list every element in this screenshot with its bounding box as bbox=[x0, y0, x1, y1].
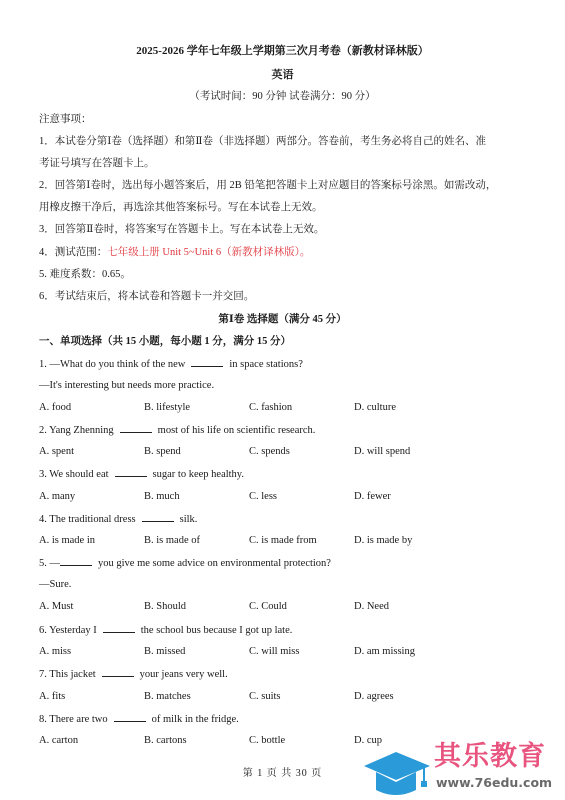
option-a: A. carton bbox=[39, 734, 78, 748]
answer-blank bbox=[142, 512, 174, 522]
option-c: C. spends bbox=[249, 445, 290, 459]
option-d: D. culture bbox=[354, 401, 396, 415]
question-4: 4. The traditional dresssilk. bbox=[39, 512, 197, 527]
option-a: A. food bbox=[39, 401, 71, 415]
option-b: B. is made of bbox=[144, 534, 200, 548]
note-2-line1: 2．回答第Ⅰ卷时，选出每小题答案后，用 2B 铅笔把答题卡上对应题目的答案标号涂… bbox=[39, 179, 496, 193]
watermark-brand-name: 其乐教育 bbox=[434, 740, 546, 774]
answer-blank bbox=[102, 667, 134, 677]
answer-blank bbox=[60, 556, 92, 566]
exam-page: 2025-2026 学年七年级上学期第三次月考卷（新教材译林版） 英语 （考试时… bbox=[0, 0, 565, 800]
question-5-reply: —Sure. bbox=[39, 578, 71, 592]
note-4: 4．测试范围：七年级上册 Unit 5~Unit 6（新教材译林版）。 bbox=[39, 246, 310, 260]
exam-info: （考试时间：90 分钟 试卷满分：90 分） bbox=[0, 90, 565, 104]
note-1-line2: 考证号填写在答题卡上。 bbox=[39, 157, 155, 171]
option-b: B. Should bbox=[144, 600, 186, 614]
question-1: 1. —What do you think of the newin space… bbox=[39, 357, 303, 372]
option-d: D. Need bbox=[354, 600, 389, 614]
option-c: C. bottle bbox=[249, 734, 285, 748]
option-b: B. missed bbox=[144, 645, 185, 659]
note-4-prefix: 4．测试范围： bbox=[39, 247, 107, 258]
question-7: 7. This jacketyour jeans very well. bbox=[39, 667, 228, 682]
answer-blank bbox=[103, 623, 135, 633]
answer-blank bbox=[114, 712, 146, 722]
option-b: B. cartons bbox=[144, 734, 187, 748]
note-2-line2: 用橡皮擦干净后，再选涂其他答案标号。写在本试卷上无效。 bbox=[39, 201, 323, 215]
question-2: 2. Yang Zhenningmost of his life on scie… bbox=[39, 423, 315, 438]
part-title: 一、单项选择（共 15 小题，每小题 1 分，满分 15 分） bbox=[39, 335, 291, 349]
option-c: C. less bbox=[249, 490, 277, 504]
option-d: D. agrees bbox=[354, 690, 394, 704]
option-c: C. Could bbox=[249, 600, 287, 614]
option-c: C. suits bbox=[249, 690, 281, 704]
subject-title: 英语 bbox=[0, 68, 565, 82]
answer-blank bbox=[115, 467, 147, 477]
option-a: A. miss bbox=[39, 645, 71, 659]
option-b: B. lifestyle bbox=[144, 401, 190, 415]
question-6: 6. Yesterday Ithe school bus because I g… bbox=[39, 623, 292, 638]
question-8: 8. There are twoof milk in the fridge. bbox=[39, 712, 239, 727]
option-b: B. spend bbox=[144, 445, 181, 459]
note-1-line1: 1．本试卷分第Ⅰ卷（选择题）和第Ⅱ卷（非选择题）两部分。答卷前，考生务必将自己的… bbox=[39, 135, 486, 149]
note-3: 3．回答第Ⅱ卷时，将答案写在答题卡上。写在本试卷上无效。 bbox=[39, 223, 324, 237]
option-d: D. fewer bbox=[354, 490, 391, 504]
answer-blank bbox=[191, 357, 223, 367]
option-d: D. am missing bbox=[354, 645, 415, 659]
question-1-reply: —It's interesting but needs more practic… bbox=[39, 379, 214, 393]
option-d: D. is made by bbox=[354, 534, 412, 548]
option-b: B. much bbox=[144, 490, 180, 504]
option-a: A. Must bbox=[39, 600, 73, 614]
section-title: 第Ⅰ卷 选择题（满分 45 分） bbox=[0, 313, 565, 327]
option-d: D. will spend bbox=[354, 445, 410, 459]
option-c: C. will miss bbox=[249, 645, 299, 659]
notes-heading: 注意事项： bbox=[39, 113, 92, 127]
option-b: B. matches bbox=[144, 690, 191, 704]
answer-blank bbox=[120, 423, 152, 433]
note-6: 6．考试结束后，将本试卷和答题卡一并交回。 bbox=[39, 290, 254, 304]
graduation-cap-icon bbox=[362, 746, 434, 800]
question-3: 3. We should eatsugar to keep healthy. bbox=[39, 467, 244, 482]
option-a: A. spent bbox=[39, 445, 74, 459]
option-c: C. is made from bbox=[249, 534, 317, 548]
option-a: A. many bbox=[39, 490, 75, 504]
option-a: A. fits bbox=[39, 690, 65, 704]
test-scope-highlight: 七年级上册 Unit 5~Unit 6（新教材译林版）。 bbox=[107, 247, 310, 258]
watermark-logo: 其乐教育 www.76edu.com bbox=[362, 740, 565, 800]
watermark-url: www.76edu.com bbox=[436, 775, 552, 791]
question-5: 5. —you give me some advice on environme… bbox=[39, 556, 331, 571]
option-c: C. fashion bbox=[249, 401, 292, 415]
option-a: A. is made in bbox=[39, 534, 95, 548]
note-5: 5. 难度系数：0.65。 bbox=[39, 268, 131, 282]
exam-title: 2025-2026 学年七年级上学期第三次月考卷（新教材译林版） bbox=[0, 44, 565, 58]
